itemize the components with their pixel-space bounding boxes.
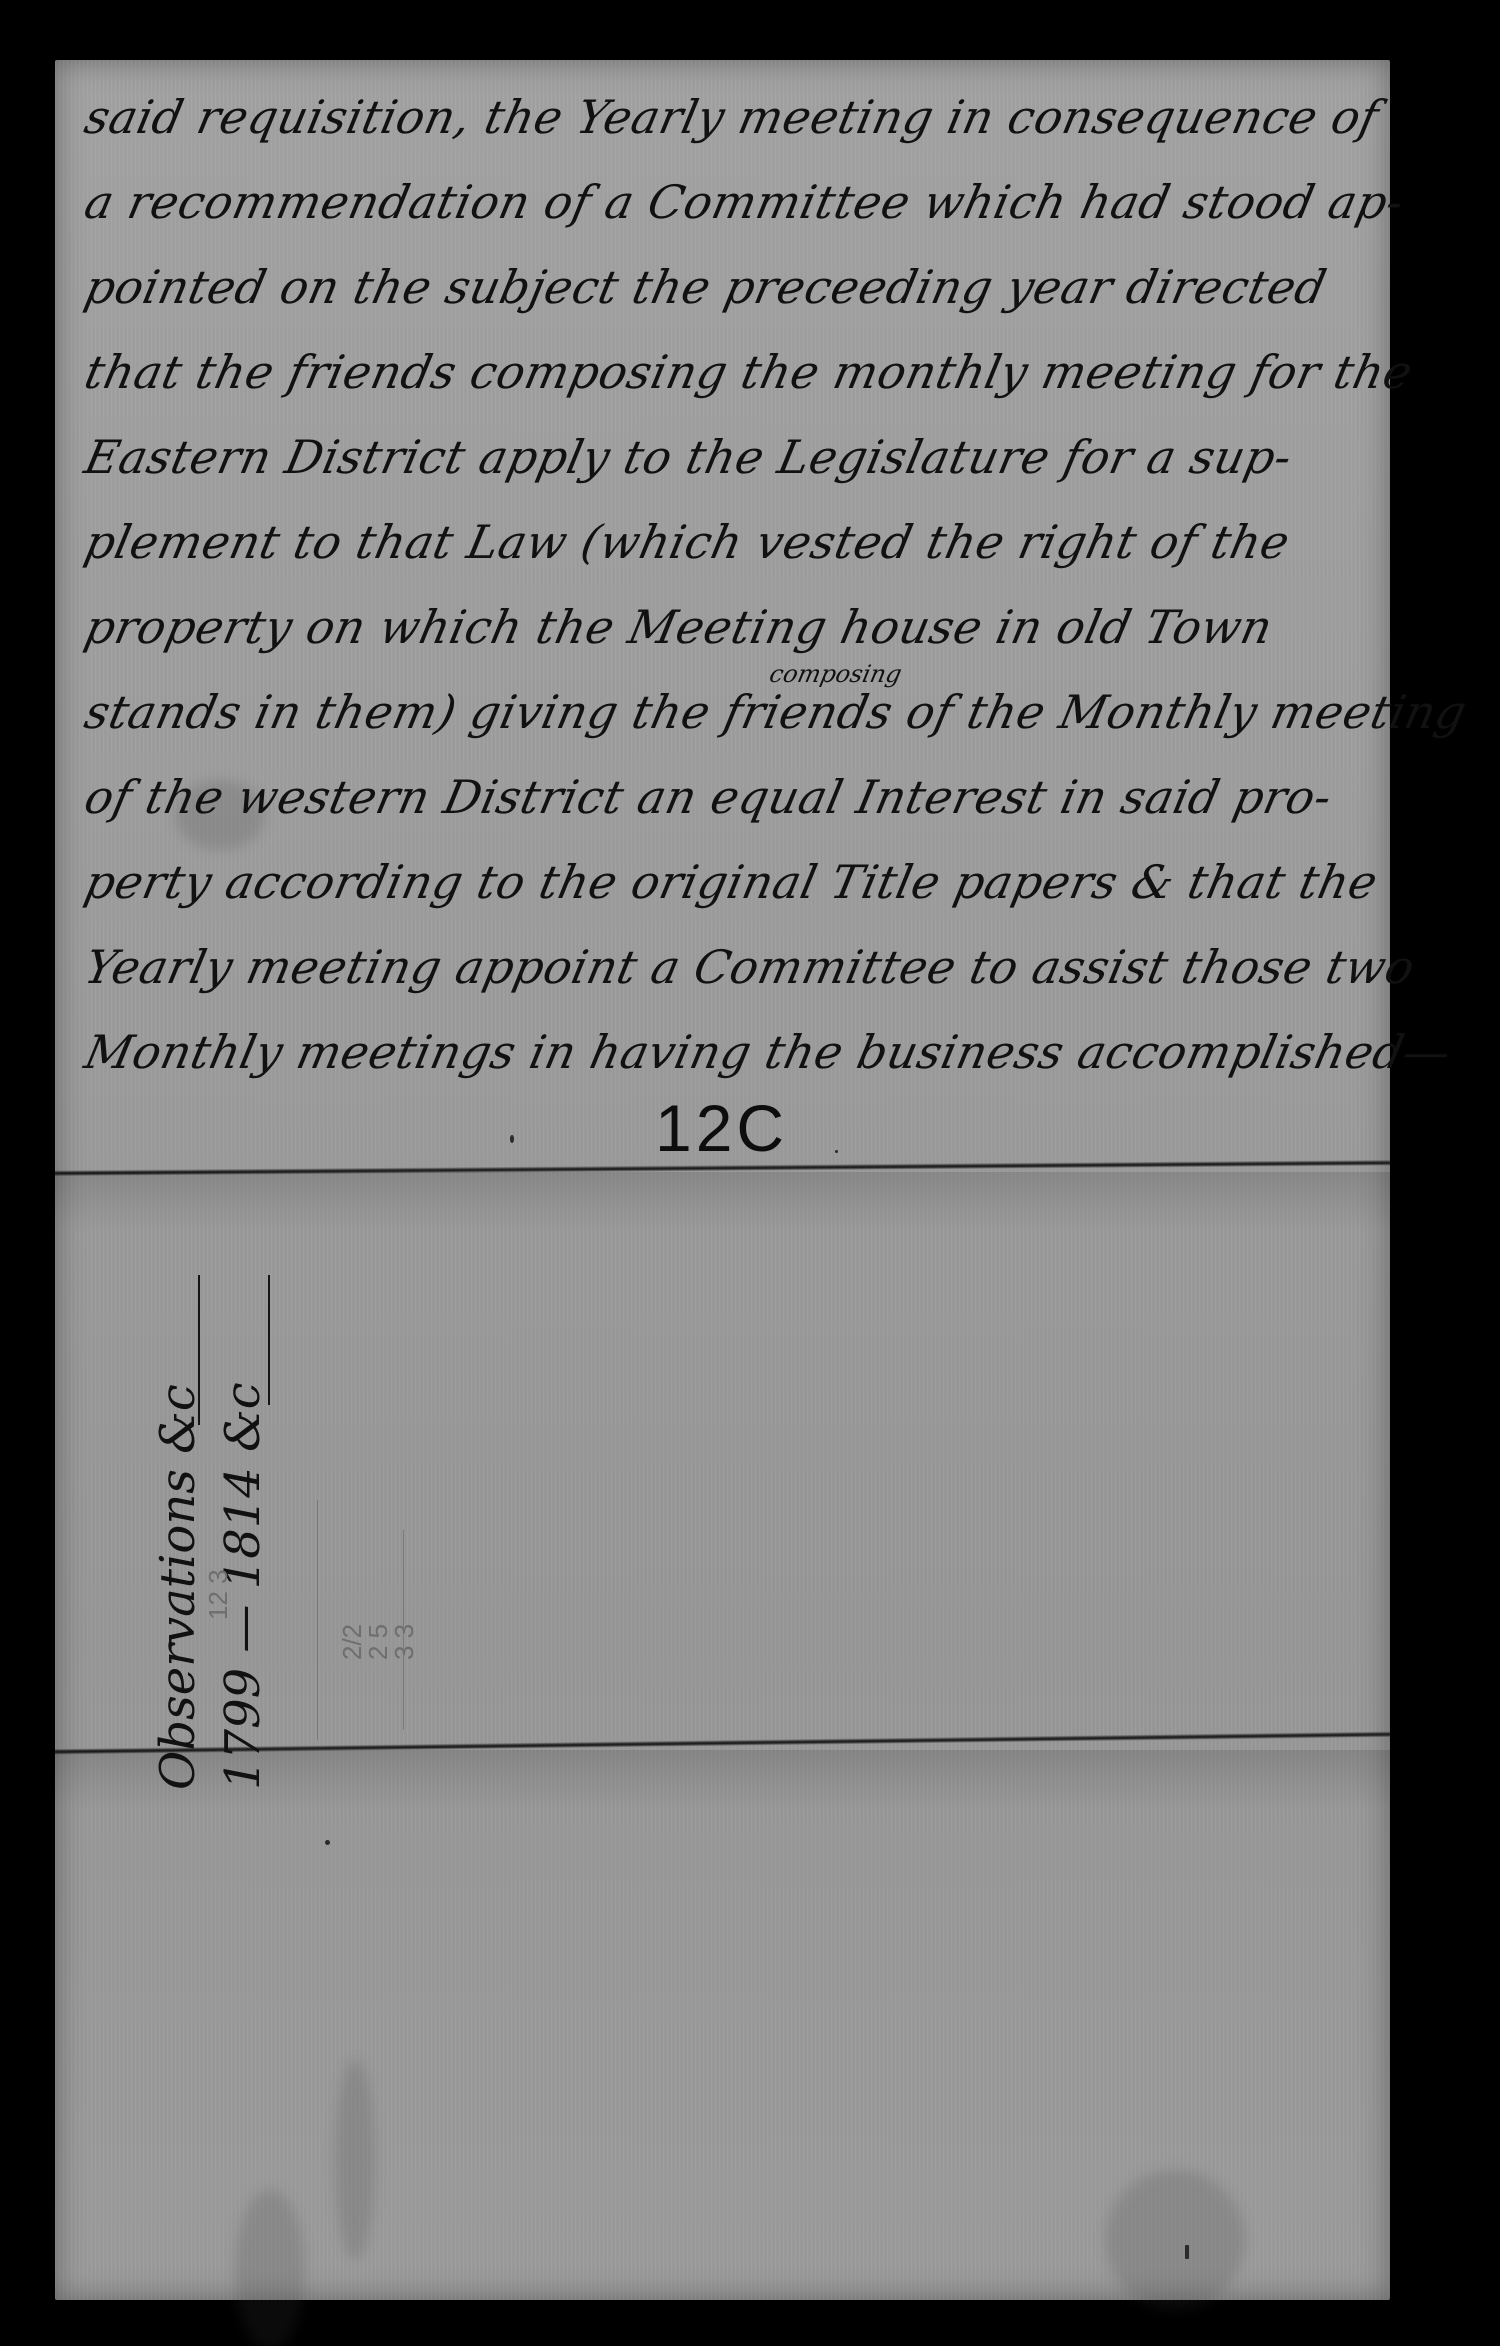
pencil-annotation: 12 3 — [203, 1569, 234, 1620]
manuscript-line: of the western District an equal Interes… — [80, 770, 1337, 824]
paper-stain — [1105, 2170, 1245, 2310]
manuscript-line: perty according to the original Title pa… — [80, 855, 1383, 909]
paper-stain — [335, 2060, 375, 2260]
docket-endorsement: Observations &c 1799 — 1814 &c — [150, 1270, 260, 1790]
faint-stamp-number: 3 3 — [389, 1624, 420, 1660]
paper-sheet: said requisition, the Yearly meeting in … — [55, 60, 1390, 2300]
docket-underline — [198, 1275, 200, 1425]
ink-speck — [510, 1135, 514, 1143]
manuscript-line: a recommendation of a Committee which ha… — [80, 175, 1409, 229]
manuscript-scan: said requisition, the Yearly meeting in … — [0, 0, 1500, 2346]
manuscript-line: pointed on the subject the preceeding ye… — [80, 260, 1331, 314]
docket-underline — [268, 1275, 270, 1405]
manuscript-line: stands in them) giving the friends of th… — [80, 685, 1472, 739]
manuscript-line: plement to that Law (which vested the ri… — [80, 515, 1295, 569]
ink-speck — [1185, 2245, 1189, 2259]
manuscript-line: said requisition, the Yearly meeting in … — [80, 90, 1384, 144]
page-number: 12C — [655, 1090, 788, 1166]
docket-title: Observations &c — [150, 1384, 206, 1790]
interlinear-insertion: composing — [767, 660, 904, 688]
manuscript-line: that the friends composing the monthly m… — [80, 345, 1418, 399]
manuscript-line: Monthly meetings in having the business … — [80, 1025, 1456, 1079]
manuscript-line: Yearly meeting appoint a Committee to as… — [80, 940, 1420, 994]
manuscript-line: property on which the Meeting house in o… — [80, 600, 1278, 654]
fold-shadow — [55, 1172, 1390, 1232]
ink-speck — [835, 1150, 838, 1153]
paper-stain — [235, 2190, 305, 2346]
manuscript-line: Eastern District apply to the Legislatur… — [80, 430, 1297, 484]
ink-speck — [325, 1840, 330, 1845]
pencil-rule — [317, 1500, 318, 1740]
